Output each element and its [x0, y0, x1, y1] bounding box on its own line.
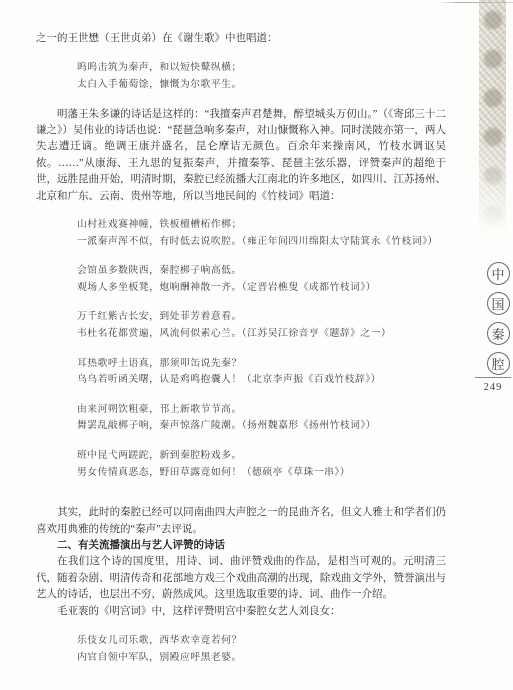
- poem-line: 乐伎女儿司乐歌，西华欢幸竟若何？: [77, 633, 446, 650]
- poem-line: 太白入手葡萄馀，慷慨为尔歌平生。: [77, 77, 446, 94]
- section-heading: 二、有关流播演出与艺人评赞的诗话: [36, 538, 446, 554]
- poem-block: 呜呜击筑为秦声，和以短快鼙纵横； 太白入手葡萄馀，慷慨为尔歌平生。: [77, 60, 446, 93]
- poem-line: 韦杜名花都赏遍，风流何似素心兰。（江苏吴江徐音亨《题辞》之一）: [77, 326, 446, 343]
- paragraph: 其实，此时的秦腔已经可以同南曲四大声腔之一的昆曲齐名，但文人雅士和学者们仍喜欢用…: [36, 505, 446, 538]
- poem-block: 山村社戏赛神幢，铁板檀槽柘作梆； 一派秦声浑不似，有时低去说吹腔。（雍正年间四川…: [77, 217, 446, 250]
- poem-line: 耳热歌呼土语真，那须叩缶说先秦？: [77, 356, 446, 373]
- paragraph: 毛亚袠的《明宫词》中，这样评赞明宫中秦腔女艺人刘良女：: [36, 604, 446, 620]
- poem-line: 班中昆弋两蹉跎，新到秦腔粉戏多。: [77, 448, 446, 465]
- poem-line: 由来河朔饮粗豪，邗上新歌节节高。: [77, 402, 446, 419]
- spacer: [36, 494, 446, 505]
- poem-line: 舞罢乱敲梆子响，秦声惊落广陵潮。（扬州魏嘉形《扬州竹枝词》）: [77, 418, 446, 435]
- poem-block: 会馆虽多数陕西，秦腔梆子响高低。 观场人多坐板凳，炮响酬神散一齐。（定晋岩樵叟《…: [77, 263, 446, 296]
- page-number-block: 249: [474, 377, 512, 393]
- poem-line: 内官自领中军队，别殿应呼黑老婆。: [77, 650, 446, 667]
- paragraph: 明藩王朱多谦的诗话是这样的：“我擅秦声君楚舞，醉望城头万仞山。”（《寄邱三十二谦…: [36, 107, 446, 205]
- poem-block: 由来河朔饮粗豪，邗上新歌节节高。 舞罢乱敲梆子响，秦声惊落广陵潮。（扬州魏嘉形《…: [77, 402, 446, 435]
- poem-line: 山村社戏赛神幢，铁板檀槽柘作梆；: [77, 217, 446, 234]
- poem-line: 会馆虽多数陕西，秦腔梆子响高低。: [77, 263, 446, 280]
- page-number: 249: [474, 382, 512, 393]
- page-number-rule: [475, 377, 511, 378]
- book-page: 中 国 秦 腔 249 之一的王世懋（王世贞弟）在《谢生歌》中也唱道： 呜呜击筑…: [0, 0, 513, 690]
- side-title-char: 国: [487, 292, 510, 315]
- paragraph: 在我们这个诗的国度里，用诗、词、曲评赞戏曲的作品，是相当可观的。元明清三代，随着…: [36, 554, 446, 603]
- poem-block: 耳热歌呼土语真，那须叩缶说先秦？ 乌乌若听函关曙，认是鸡鸣抱囊人！（北京李声振《…: [77, 356, 446, 389]
- side-title-char: 中: [487, 262, 510, 285]
- poem-block: 乐伎女儿司乐歌，西华欢幸竟若何？ 内官自领中军队，别殿应呼黑老婆。: [77, 633, 446, 666]
- poem-line: 男女传情真恶态，野田草露竟如何！（德硕亭《草珠一串》）: [77, 465, 446, 482]
- poem-line: 乌乌若听函关曙，认是鸡鸣抱囊人！（北京李声振《百戏竹枝辞》）: [77, 372, 446, 389]
- poem-line: 一派秦声浑不似，有时低去说吹腔。（雍正年间四川绵阳太守陆箕永《竹枝词》）: [77, 234, 446, 251]
- side-title: 中 国 秦 腔: [486, 262, 510, 382]
- poem-line: 呜呜击筑为秦声，和以短快鼙纵横；: [77, 60, 446, 77]
- poem-block: 班中昆弋两蹉跎，新到秦腔粉戏多。 男女传情真恶态，野田草露竟如何！（德硕亭《草珠…: [77, 448, 446, 481]
- side-title-char: 腔: [487, 352, 510, 375]
- side-title-char: 秦: [487, 322, 510, 345]
- paragraph-continuation: 之一的王世懋（王世贞弟）在《谢生歌》中也唱道：: [36, 31, 446, 47]
- poem-line: 观场人多坐板凳，炮响酬神散一齐。（定晋岩樵叟《成都竹枝词》）: [77, 280, 446, 297]
- poem-line: 万千红紫古长安，到处菲芳着意看。: [77, 309, 446, 326]
- body-text: 之一的王世懋（王世贞弟）在《谢生歌》中也唱道： 呜呜击筑为秦声，和以短快鼙纵横；…: [36, 31, 446, 679]
- ornament-border: [479, 0, 506, 245]
- poem-block: 万千红紫古长安，到处菲芳着意看。 韦杜名花都赏遍，风流何似素心兰。（江苏吴江徐音…: [77, 309, 446, 342]
